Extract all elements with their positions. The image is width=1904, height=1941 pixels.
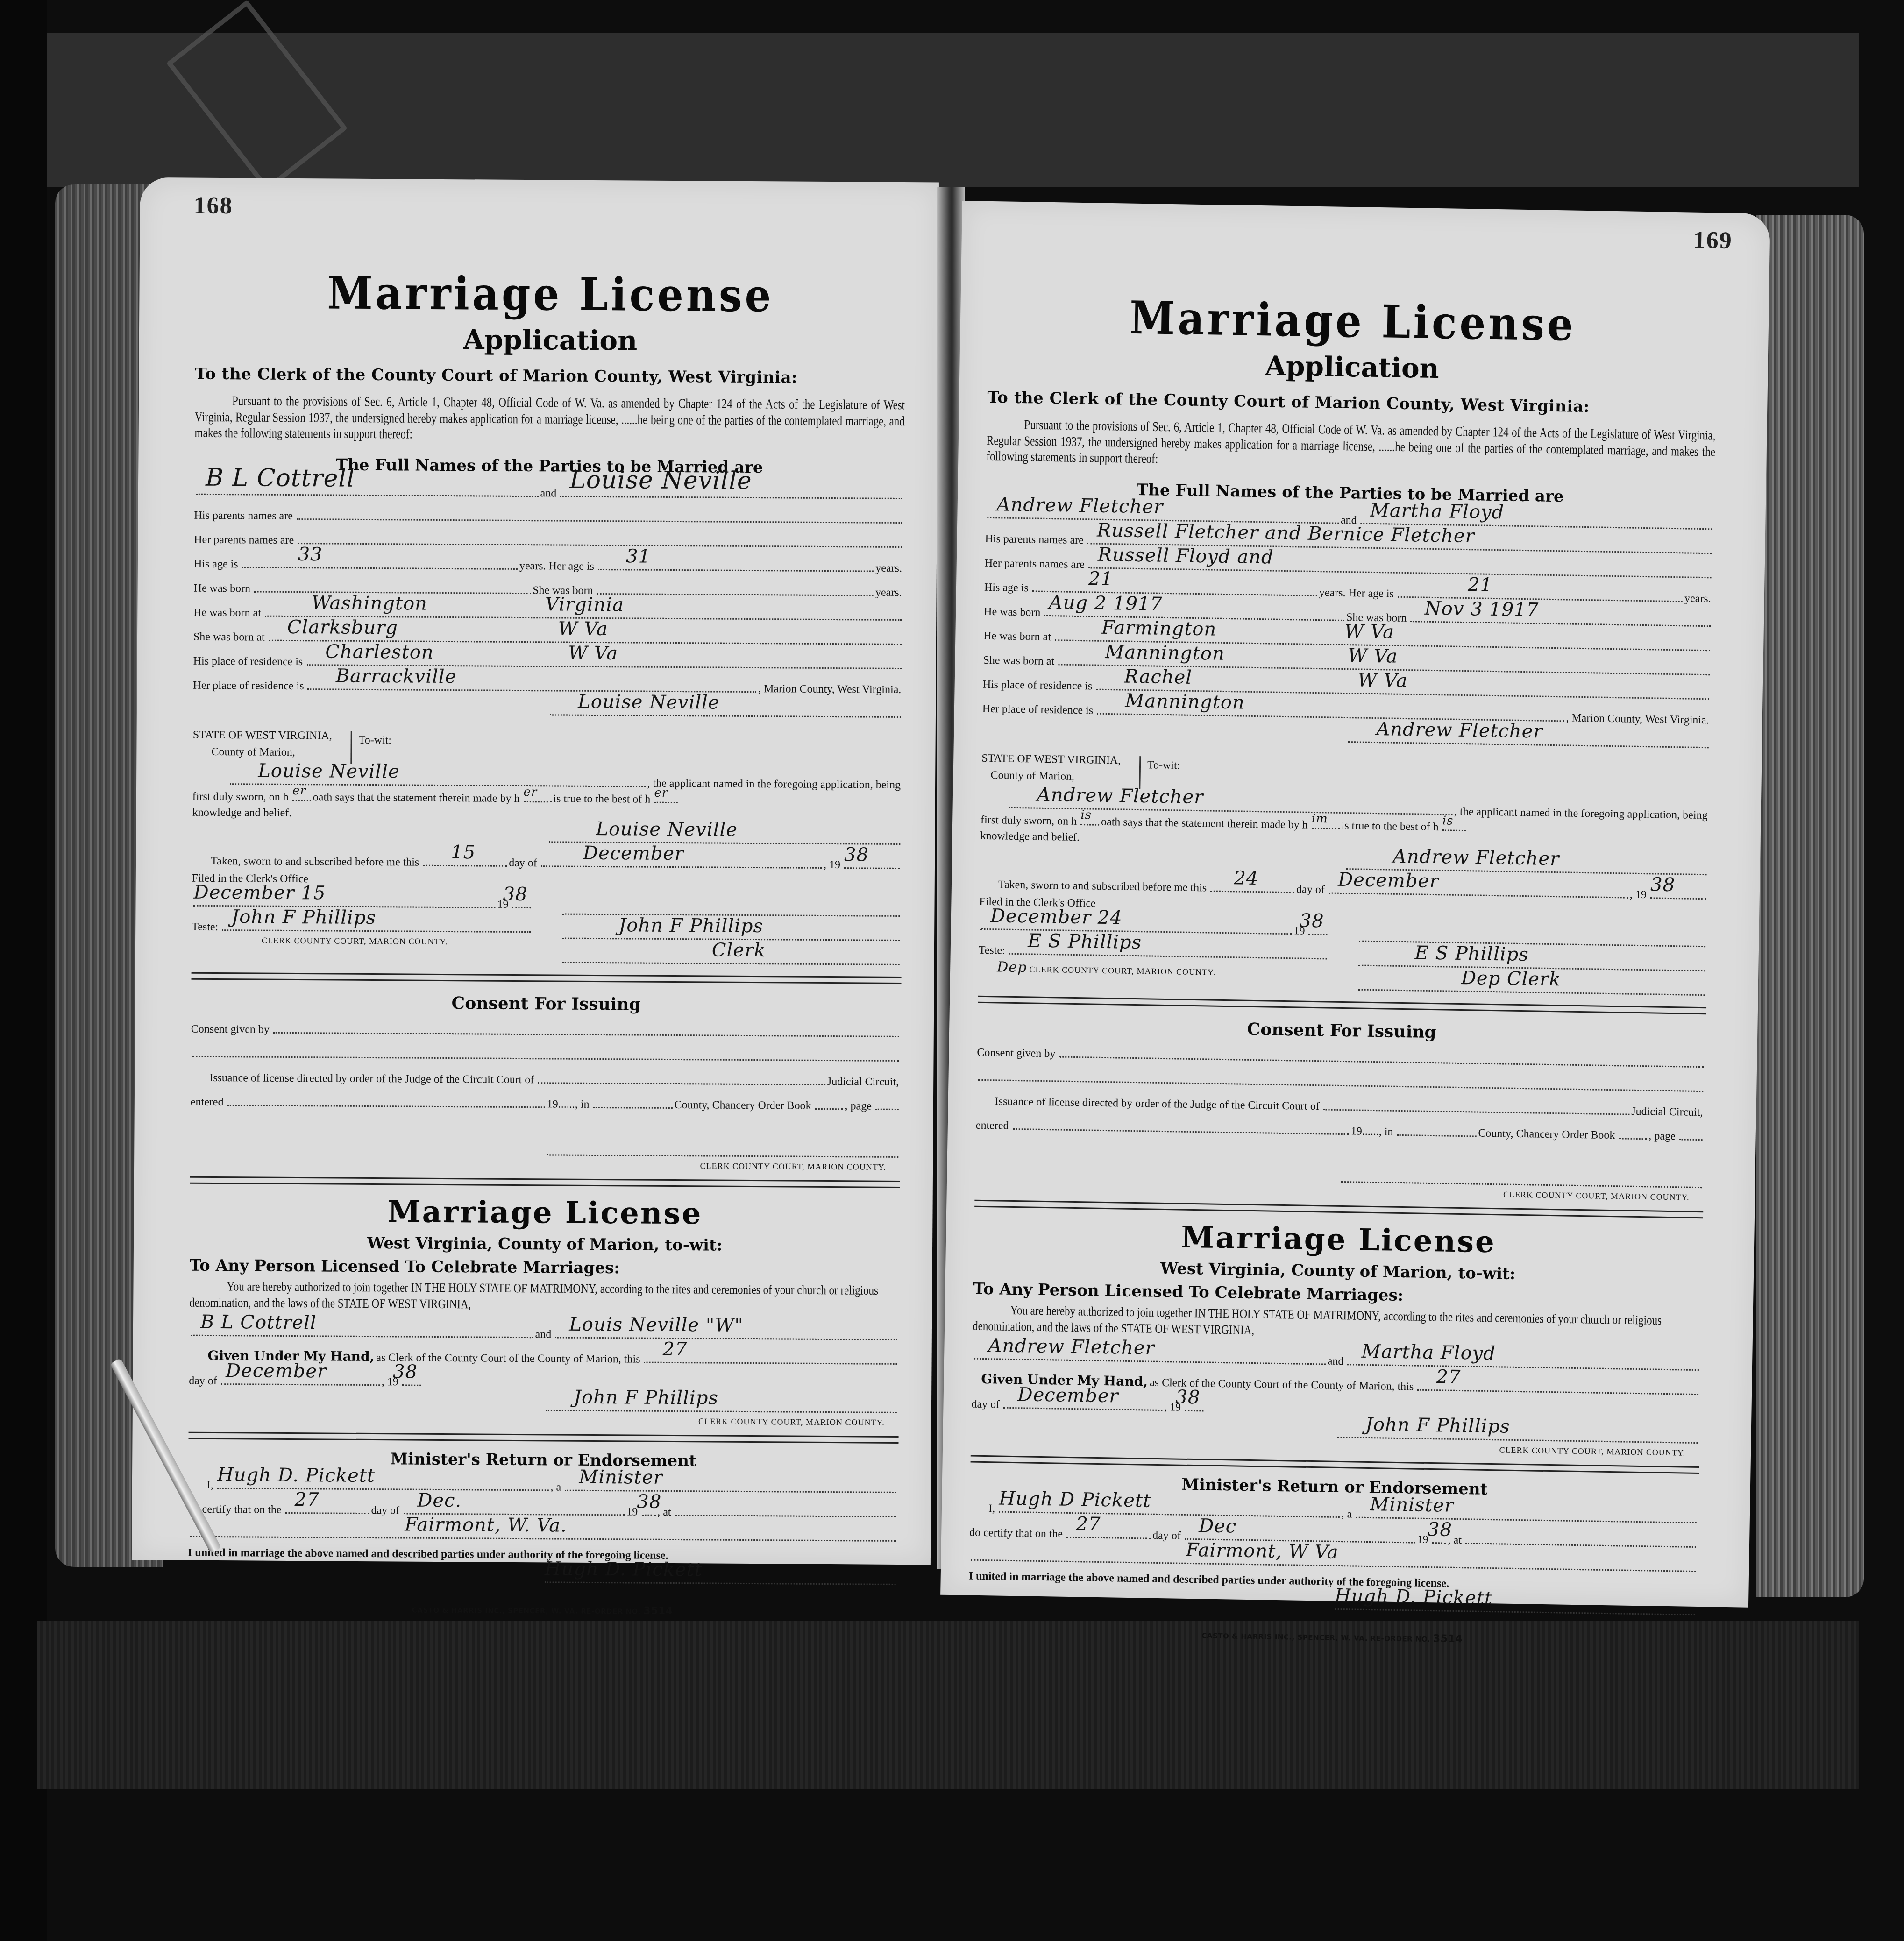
section-divider (974, 1199, 1703, 1218)
license-heading: Marriage License (190, 1193, 900, 1232)
license-names-line: B L Cottrell and Louis Neville "W" (189, 1315, 899, 1343)
filing-block: Filed in the Clerk's Office December 241… (978, 896, 1708, 999)
license-clerk-line: John F Phillips (544, 1390, 899, 1417)
sworn-month: December (583, 843, 684, 864)
minister-signature: Hugh D. Pickett (1335, 1585, 1493, 1609)
bride-name: Martha Floyd (1370, 500, 1505, 524)
marriage-license-form-left: Marriage License Application To the Cler… (187, 178, 906, 1619)
section-divider (971, 1455, 1699, 1474)
section-divider (190, 1176, 900, 1188)
affiant-signature: Louise Neville (596, 818, 738, 841)
sworn-day: 24 (1234, 867, 1259, 889)
consent-given-line-2 (191, 1035, 901, 1064)
form-subtitle: Application (195, 325, 905, 356)
given-day: 27 (1436, 1367, 1461, 1388)
issuance-line: Issuance of license directed by order of… (191, 1060, 901, 1088)
filed-date: December 15 (194, 882, 326, 904)
wv-county-heading: West Virginia, County of Marion, to-wit: (190, 1233, 900, 1255)
groom-name: Andrew Fletcher (996, 494, 1163, 518)
marriage-month: Dec (1199, 1516, 1237, 1537)
sworn-day: 15 (451, 842, 476, 863)
her-parents: Russell Floyd and (1098, 544, 1274, 568)
right-page: 169 Marriage License Application To the … (940, 201, 1770, 1608)
license-groom: Andrew Fletcher (988, 1335, 1155, 1359)
clerk-title: Dep Clerk (1461, 967, 1561, 990)
her-residence: Barrackville (336, 665, 457, 687)
given-month: December (226, 1360, 327, 1382)
addressee: To the Clerk of the County Court of Mari… (195, 365, 905, 388)
marriage-license-form-right: Marriage License Application To the Cler… (968, 201, 1719, 1649)
sworn-month: December (1338, 869, 1439, 892)
applicant-signature-line: Andrew Fletcher (1346, 721, 1711, 751)
minister-signature-line: Hugh D. Pickett (543, 1562, 898, 1588)
she-born-at: Mannington (1105, 641, 1225, 665)
affiant-name: Louise Neville (258, 760, 400, 782)
filing-block: Filed in the Clerk's Office December 151… (192, 872, 902, 968)
minister-signature-line: Hugh D. Pickett (1333, 1588, 1698, 1618)
marriage-month: Dec. (417, 1490, 462, 1512)
consent-clerk-line (545, 1134, 900, 1161)
section-divider (978, 996, 1706, 1015)
teste-signature: John F Phillips (231, 906, 376, 928)
she-born-date: Nov 3 1917 (1424, 597, 1539, 621)
given-month-line: day ofDecember , 1938 (189, 1363, 899, 1392)
marriage-day: 27 (295, 1489, 320, 1510)
form-subtitle: Application (988, 348, 1717, 386)
affiant-signature: Andrew Fletcher (1393, 845, 1560, 870)
minister-name: Hugh D. Pickett (217, 1464, 375, 1487)
clerk-title: Clerk (712, 939, 766, 961)
sworn-date-line: Taken, sworn to and subscribed before me… (192, 843, 902, 871)
his-residence: Charleston (325, 641, 434, 663)
given-month: December (1017, 1384, 1119, 1407)
form-title: Marriage License (988, 293, 1717, 349)
affiant-name: Andrew Fletcher (1037, 784, 1204, 808)
clerk-signature: John F Phillips (618, 914, 763, 937)
license-clerk-signature: John F Phillips (574, 1387, 718, 1409)
her-residence: Mannington (1125, 690, 1245, 713)
his-age: 21 (1088, 568, 1114, 590)
marriage-place: Fairmont, W Va (1186, 1539, 1339, 1563)
preamble: Pursuant to the provisions of Sec. 6, Ar… (986, 416, 1715, 476)
minister-signature: Hugh D. Pickett (545, 1558, 703, 1581)
consent-clerk-line (1339, 1161, 1704, 1191)
applicant-signature: Andrew Fletcher (1376, 718, 1543, 743)
license-heading: Marriage License (974, 1216, 1703, 1262)
celebrate-heading: To Any Person Licensed To Celebrate Marr… (190, 1256, 900, 1279)
his-parents-line: His parents names are (194, 498, 904, 526)
entered-line: entered19......, inCounty, Chancery Orde… (191, 1084, 901, 1112)
section-divider (192, 972, 902, 984)
applicant-signature: Louise Neville (578, 691, 720, 714)
page-stack-right (1756, 215, 1864, 1597)
license-bride: Martha Floyd (1361, 1341, 1496, 1365)
clerk-signature: E S Phillips (1414, 942, 1529, 965)
consent-given-line: Consent given by (191, 1011, 901, 1040)
he-born-date: Aug 2 1917 (1049, 592, 1163, 615)
her-age: 31 (626, 545, 651, 567)
minister-title: Minister (579, 1466, 663, 1488)
names-line: B L Cottrell and Louise Neville (194, 474, 904, 502)
license-bride: Louis Neville "W" (569, 1314, 744, 1336)
minister-name: Hugh D Pickett (999, 1488, 1151, 1512)
age-line: His age is33 years. Her age is31 years. (194, 546, 904, 574)
her-age: 21 (1468, 574, 1493, 596)
he-born-at: Washington (312, 592, 427, 615)
license-groom: B L Cottrell (200, 1311, 317, 1334)
given-day: 27 (663, 1339, 688, 1360)
license-clerk-line: John F Phillips (1335, 1417, 1700, 1446)
she-born-at-line: She was born at ClarksburgW Va (193, 619, 903, 647)
authorize-text: You are hereby authorized to join togeth… (189, 1278, 899, 1315)
form-title: Marriage License (195, 269, 906, 319)
printer-imprint: CASTO & HARRIS INC., SPENCER, W. VA. RE-… (187, 1602, 897, 1618)
preamble: Pursuant to the provisions of Sec. 6, Ar… (195, 393, 905, 446)
teste-signature: E S Phillips (1028, 930, 1142, 953)
his-residence: Rachel (1124, 666, 1192, 688)
he-born-at: Farmington (1101, 617, 1217, 640)
marriage-place-line: Fairmont, W. Va. (188, 1516, 898, 1544)
applicant-signature-line: Louise Neville (548, 694, 903, 721)
his-age: 33 (298, 544, 323, 565)
her-residence-line: Her place of residence is Barrackville ,… (193, 667, 903, 696)
addressee: To the Clerk of the County Court of Mari… (987, 388, 1716, 418)
she-born-at: Clarksburg (287, 616, 398, 638)
filed-date: December 24 (990, 905, 1123, 928)
his-residence-line: His place of residence is CharlestonW Va (193, 643, 903, 672)
left-page: 168 Marriage License Application To the … (132, 177, 939, 1565)
marriage-place: Fairmont, W. Va. (405, 1514, 567, 1537)
bride-name: Louise Neville (569, 466, 752, 495)
license-clerk-signature: John F Phillips (1365, 1414, 1510, 1438)
groom-name: B L Cottrell (206, 464, 355, 493)
minister-title: Minister (1370, 1494, 1454, 1516)
section-divider (188, 1432, 898, 1444)
marriage-day: 27 (1076, 1513, 1101, 1535)
